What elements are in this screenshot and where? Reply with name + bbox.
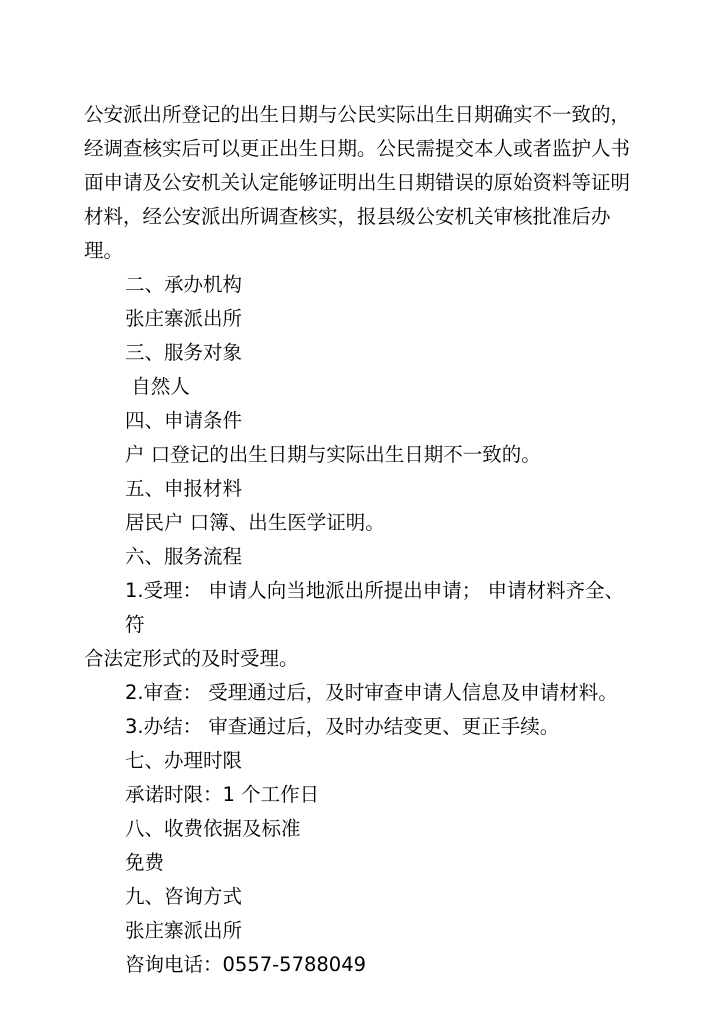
section-heading-undertaking-agency: 二、承办机构 (84, 268, 632, 302)
intro-paragraph-line-1: 公安派出所登记的出生日期与公民实际出生日期确实不一致的， (84, 98, 632, 132)
document-page: 公安派出所登记的出生日期与公民实际出生日期确实不一致的， 经调查核实后可以更正出… (0, 0, 715, 1011)
section-body-fee-free: 免费 (84, 846, 632, 880)
section-heading-service-process: 六、服务流程 (84, 540, 632, 574)
section-heading-consultation-method: 九、咨询方式 (84, 880, 632, 914)
section-body-consultation-phone: 咨询电话：0557-5788049 (84, 948, 632, 982)
section-body-application-materials: 居民户 口簿、出生医学证明。 (84, 506, 632, 540)
section-body-consultation-office: 张庄寨派出所 (84, 914, 632, 948)
process-step-1-acceptance-line-1: 1.受理： 申请人向当地派出所提出申请； 申请材料齐全、符 (84, 574, 632, 642)
intro-paragraph-line-2: 经调查核实后可以更正出生日期。公民需提交本人或者监护人书 (84, 132, 632, 166)
section-body-service-target: 自然人 (84, 370, 632, 404)
process-step-2-review: 2.审查： 受理通过后，及时审查申请人信息及申请材料。 (84, 676, 632, 710)
intro-paragraph-line-4: 材料，经公安派出所调查核实，报县级公安机关审核批准后办理。 (84, 200, 632, 268)
section-heading-service-target: 三、服务对象 (84, 336, 632, 370)
section-body-application-conditions: 户 口登记的出生日期与实际出生日期不一致的。 (84, 438, 632, 472)
process-step-3-completion: 3.办结： 审查通过后，及时办结变更、更正手续。 (84, 710, 632, 744)
section-heading-processing-time-limit: 七、办理时限 (84, 744, 632, 778)
document-text-block: 公安派出所登记的出生日期与公民实际出生日期确实不一致的， 经调查核实后可以更正出… (84, 98, 632, 982)
section-body-promised-time-limit: 承诺时限：1 个工作日 (84, 778, 632, 812)
process-step-1-acceptance-line-2: 合法定形式的及时受理。 (84, 642, 632, 676)
section-heading-fee-basis-standard: 八、收费依据及标准 (84, 812, 632, 846)
section-heading-application-materials: 五、申报材料 (84, 472, 632, 506)
intro-paragraph-line-3: 面申请及公安机关认定能够证明出生日期错误的原始资料等证明 (84, 166, 632, 200)
section-body-undertaking-agency: 张庄寨派出所 (84, 302, 632, 336)
section-heading-application-conditions: 四、申请条件 (84, 404, 632, 438)
